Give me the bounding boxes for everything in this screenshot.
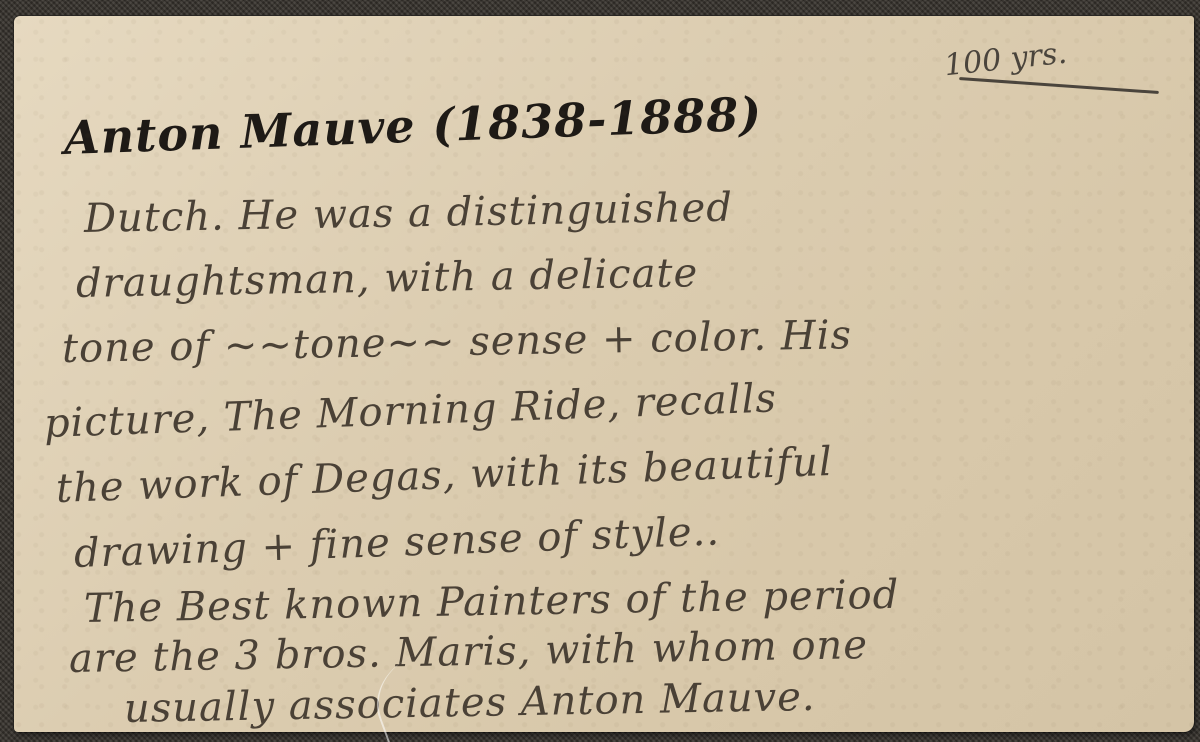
text-line-3: tone of ~~tone~~ sense + color. His [62, 312, 853, 372]
text-line-4: picture, The Morning Ride, recalls [43, 375, 777, 447]
card-title: Anton Mauve (1838-1888) [63, 87, 763, 165]
corner-note-underline [959, 77, 1159, 94]
text-line-1: Dutch. He was a distinguished [84, 185, 734, 242]
corner-note: 100 yrs. [943, 36, 1069, 84]
handwritten-index-card: 100 yrs. Anton Mauve (1838-1888) Dutch. … [14, 16, 1194, 732]
text-line-2: draughtsman, with a delicate [76, 250, 699, 307]
text-line-8: are the 3 bros. Maris, with whom one [69, 622, 869, 682]
text-line-6: drawing + fine sense of style.. [73, 508, 720, 577]
text-line-5: the work of Degas, with its beautiful [55, 439, 833, 512]
